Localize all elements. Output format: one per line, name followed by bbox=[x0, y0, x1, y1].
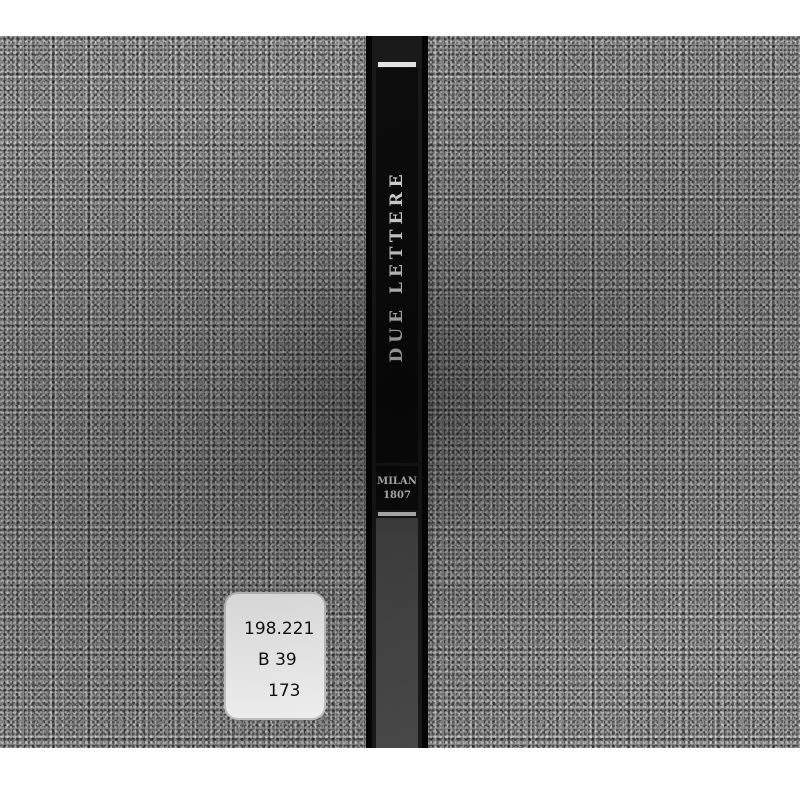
imprint-place: MILAN bbox=[377, 476, 417, 487]
imprint-year: 1807 bbox=[383, 490, 411, 501]
library-call-number-label: 198.221 B 39 173 bbox=[226, 594, 324, 718]
spine-title-label: DUE LETTERE bbox=[376, 68, 418, 463]
call-number-class: 198.221 bbox=[244, 619, 314, 639]
spine-title: DUE LETTERE bbox=[387, 169, 407, 362]
spine-band-top bbox=[378, 62, 416, 67]
call-number-item: 173 bbox=[268, 681, 300, 701]
book-spine: DUE LETTERE MILAN 1807 bbox=[366, 36, 428, 748]
front-cover bbox=[428, 36, 800, 748]
spine-lower-section bbox=[376, 518, 418, 748]
spine-band-bottom bbox=[378, 512, 416, 516]
call-number-cutter: B 39 bbox=[258, 650, 297, 670]
spine-imprint-label: MILAN 1807 bbox=[376, 466, 418, 510]
book-cover-scan: DUE LETTERE MILAN 1807 198.221 B 39 173 bbox=[0, 36, 800, 748]
